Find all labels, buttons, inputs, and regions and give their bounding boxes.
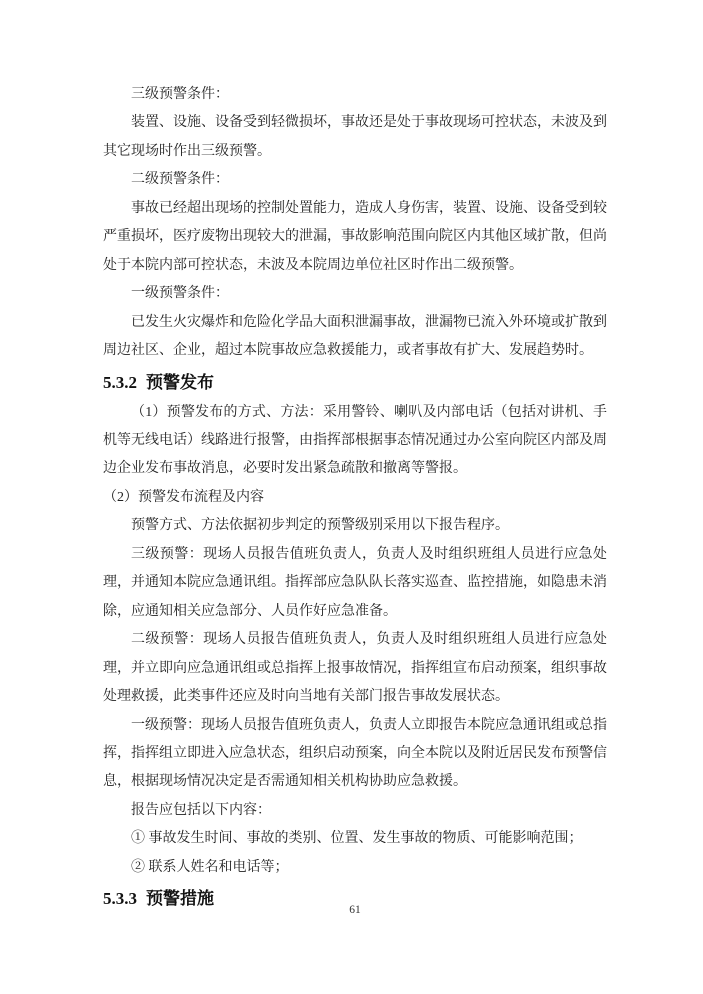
document-text-block: 三级预警条件： 装置、设施、设备受到轻微损坏，事故还是处于事故现场可控状态，未波…: [103, 81, 607, 915]
page-number: 61: [103, 904, 607, 916]
warning-level1-label: 一级预警条件：: [103, 280, 607, 308]
publish-method-paragraph: （1）预警发布的方式、方法：采用警铃、喇叭及内部电话（包括对讲机、手机等无线电话…: [103, 399, 607, 484]
report-item-1: ① 事故发生时间、事故的类别、位置、发生事故的物质、可能影响范围；: [103, 825, 607, 853]
procedure-intro-paragraph: 预警方式、方法依据初步判定的预警级别采用以下报告程序。: [103, 512, 607, 540]
section-title-5-3-2: 预警发布: [146, 373, 214, 392]
section-number-5-3-2: 5.3.2: [103, 373, 137, 392]
section-heading-5-3-2: 5.3.2预警发布: [103, 368, 607, 398]
document-page: 三级预警条件： 装置、设施、设备受到轻微损坏，事故还是处于事故现场可控状态，未波…: [0, 0, 703, 994]
report-item-2: ② 联系人姓名和电话等；: [103, 854, 607, 882]
report-intro-paragraph: 报告应包括以下内容：: [103, 797, 607, 825]
warning-level1-text: 已发生火灾爆炸和危险化学品大面积泄漏事故，泄漏物已流入外环境或扩散到周边社区、企…: [103, 309, 607, 366]
warning-level2-label: 二级预警条件：: [103, 166, 607, 194]
publish-flow-label: （2）预警发布流程及内容: [103, 484, 607, 512]
level1-procedure-paragraph: 一级预警：现场人员报告值班负责人，负责人立即报告本院应急通讯组或总指挥，指挥组立…: [103, 712, 607, 797]
level3-procedure-paragraph: 三级预警：现场人员报告值班负责人，负责人及时组织班组人员进行应急处理，并通知本院…: [103, 541, 607, 626]
warning-level3-text: 装置、设施、设备受到轻微损坏，事故还是处于事故现场可控状态，未波及到其它现场时作…: [103, 109, 607, 166]
warning-level3-label: 三级预警条件：: [103, 81, 607, 109]
warning-level2-text: 事故已经超出现场的控制处置能力，造成人身伤害，装置、设施、设备受到较严重损坏，医…: [103, 195, 607, 280]
level2-procedure-paragraph: 二级预警：现场人员报告值班负责人，负责人及时组织班组人员进行应急处理，并立即向应…: [103, 626, 607, 711]
